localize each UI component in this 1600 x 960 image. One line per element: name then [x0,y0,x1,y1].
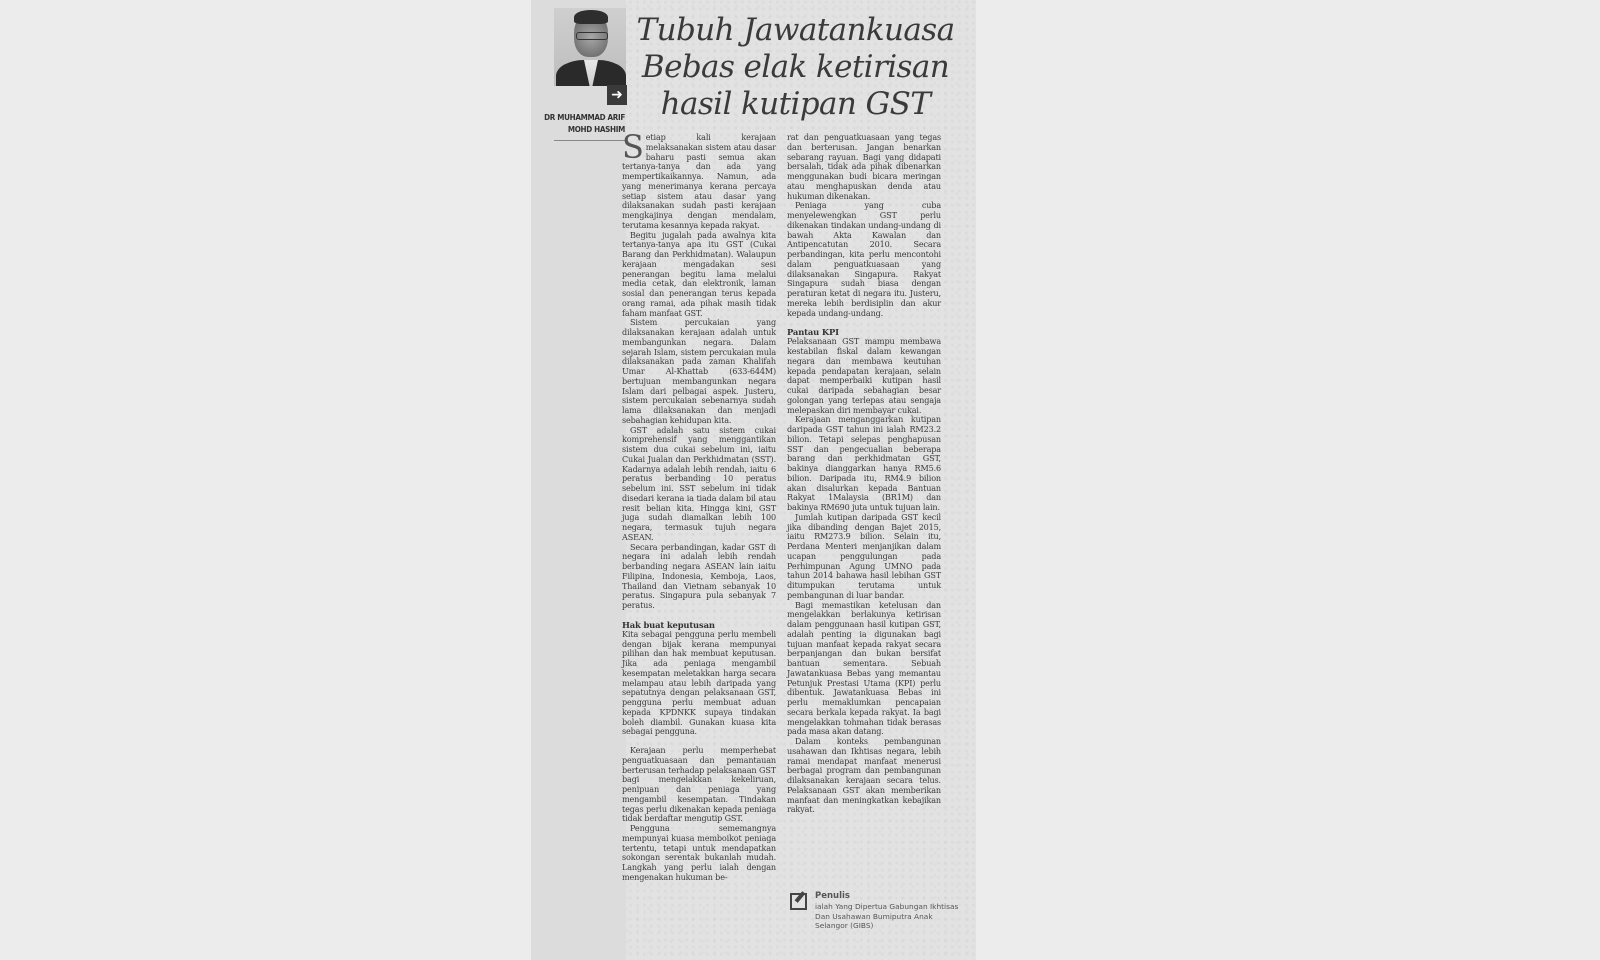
paragraph-text: Kerajaan perlu memperhebat penguatkuasaa… [622,745,776,823]
author-photo [554,8,626,86]
article-column-left: Setiap kali kerajaan melaksanakan sistem… [622,133,776,883]
paragraph-text: Secara perbandingan, kadar GST di negara… [622,542,776,611]
headline-line-2: Bebas elak ketirisan [628,49,963,86]
drop-cap: S [622,133,644,161]
author-name-line2: MOHD HASHIM [541,124,625,136]
article-paragraph: Begitu jugalah pada awalnya kita tertany… [622,231,776,319]
paragraph-text: etiap kali kerajaan melaksanakan sistem … [622,132,776,230]
author-glasses-shape [576,32,608,40]
paragraph-text: Pelaksanaan GST mampu membawa kestabilan… [787,336,941,414]
paragraph-text: Kerajaan menganggarkan kutipan daripada … [787,414,941,512]
headline-line-1: Tubuh Jawatankuasa [628,12,963,49]
arrow-right-icon: ➜ [607,85,627,105]
author-name-line1: DR MUHAMMAD ARIF [541,112,625,124]
byline-divider [554,140,626,141]
paragraph-text: Begitu jugalah pada awalnya kita tertany… [622,230,776,318]
article-paragraph: GST adalah satu sistem cukai komprehensi… [622,426,776,543]
article-paragraph: rat dan penguatkuasaan yang tegas dan be… [787,133,941,201]
article-paragraph: Pengguna sememangnya mempunyai kuasa mem… [622,824,776,883]
article-paragraph: Secara perbandingan, kadar GST di negara… [622,543,776,611]
article-column-right: rat dan penguatkuasaan yang tegas dan be… [787,133,941,815]
author-hair-shape [574,10,608,24]
article-paragraph: Jumlah kutipan daripada GST kecil jika d… [787,513,941,601]
article-paragraph: Dalam konteks pembangunan usahawan dan I… [787,737,941,815]
author-byline: DR MUHAMMAD ARIF MOHD HASHIM [541,112,625,136]
writer-info-box: Penulis ialah Yang Dipertua Gabungan Ikh… [790,891,960,941]
paragraph-text: Dalam konteks pembangunan usahawan dan I… [787,736,941,814]
paragraph-text: Sistem percukaian yang dilaksanakan kera… [622,317,776,425]
newspaper-clipping: ➜ DR MUHAMMAD ARIF MOHD HASHIM Tubuh Jaw… [531,0,976,960]
article-paragraph: Sistem percukaian yang dilaksanakan kera… [622,318,776,425]
paragraph-text: rat dan penguatkuasaan yang tegas dan be… [787,132,941,201]
article-paragraph: Kerajaan menganggarkan kutipan daripada … [787,415,941,513]
author-sidebar: ➜ DR MUHAMMAD ARIF MOHD HASHIM [531,0,626,960]
article-paragraph: Pelaksanaan GST mampu membawa kestabilan… [787,337,941,415]
writer-label: Penulis [815,891,850,901]
paragraph-text: Kita sebagai pengguna perlu membeli deng… [622,629,776,737]
article-paragraph: Peniaga yang cuba menyelewengkan GST per… [787,201,941,318]
paragraph-text: Bagi memastikan ketelusan dan mengelakka… [787,600,941,737]
paragraph-text: GST adalah satu sistem cukai komprehensi… [622,425,776,542]
edit-pen-icon [790,893,807,910]
article-paragraph: Kerajaan perlu memperhebat penguatkuasaa… [622,746,776,824]
paragraph-text: Pengguna sememangnya mempunyai kuasa mem… [622,823,776,882]
article-paragraph: Bagi memastikan ketelusan dan mengelakka… [787,601,941,738]
article-paragraph: Kita sebagai pengguna perlu membeli deng… [622,630,776,737]
article-paragraph: Setiap kali kerajaan melaksanakan sistem… [622,133,776,231]
writer-description: ialah Yang Dipertua Gabungan Ikhtisas Da… [815,902,965,931]
paragraph-text: Jumlah kutipan daripada GST kecil jika d… [787,512,941,600]
paragraph-text: Peniaga yang cuba menyelewengkan GST per… [787,200,941,317]
headline-line-3: hasil kutipan GST [628,86,963,123]
article-headline: Tubuh Jawatankuasa Bebas elak ketirisan … [628,12,963,123]
